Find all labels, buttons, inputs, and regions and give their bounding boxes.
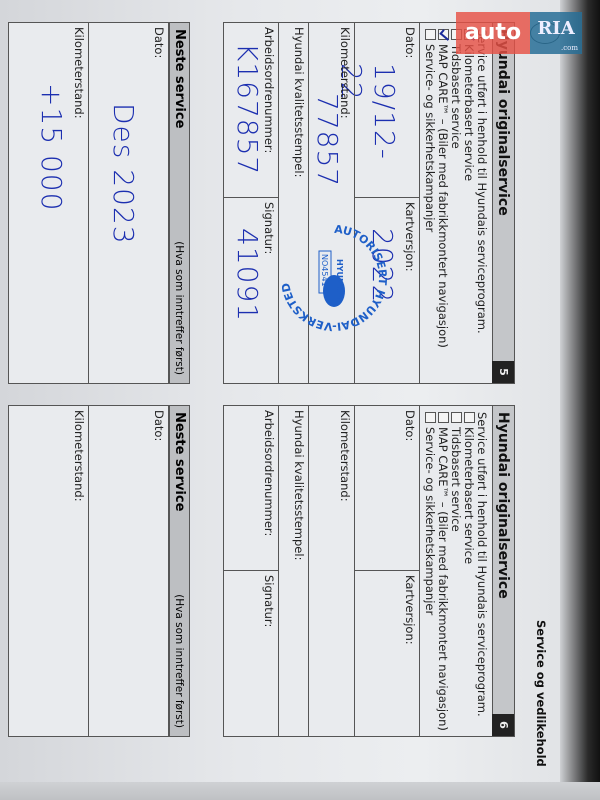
next-km-label: Kilometerstand: [72, 27, 86, 119]
next-date-value: Des 2023 [107, 103, 140, 245]
option-label: Service- og sikkerhetskampanjer [423, 44, 437, 232]
option-label: MAP CARE™ – (Biler med fabrikkmontert na… [436, 427, 450, 731]
form-title: Hyundai originalservice [495, 29, 511, 216]
date-label: Dato: [403, 27, 417, 58]
date-field[interactable]: Dato: [355, 406, 420, 571]
checkbox-mapcare[interactable] [438, 29, 449, 40]
date-field[interactable]: Dato: 19/12-22 [355, 23, 420, 198]
page-number: 5 [492, 361, 514, 383]
watermark-auto: auto [456, 12, 530, 54]
next-service-left: Neste service(Hva som inntreffer først) … [8, 22, 190, 384]
mileage-value: 77857 [311, 93, 344, 187]
next-service-note: (Hva som inntreffer først) [169, 241, 189, 375]
option-label: Service- og sikkerhetskampanjer [423, 427, 437, 615]
svg-text:NO4541: NO4541 [320, 254, 329, 287]
dealer-stamp: AUTORISERT HYUNDAI-VERKSTED HYUNDAI NO45… [269, 213, 399, 343]
service-form-right: Hyundai originalservice 6 Service utført… [223, 405, 515, 737]
map-version-label: Kartversjon: [403, 202, 417, 272]
next-service-title: Neste service [172, 412, 187, 511]
next-service-title: Neste service [172, 29, 187, 128]
watermark-suffix: .com [561, 44, 578, 53]
option-label: Tidsbasert service [449, 44, 463, 149]
date-label: Dato: [403, 410, 417, 441]
next-date-label: Dato: [152, 410, 166, 441]
section-title: Service og vedlikehold [534, 620, 548, 767]
form-header: Hyundai originalservice 5 [492, 23, 514, 383]
signature-label: Signatur: [262, 575, 276, 627]
service-options: Service utført i henhold til Hyundais se… [423, 29, 488, 348]
service-options: Service utført i henhold til Hyundais se… [423, 412, 488, 731]
stamp-label: Hyundai kvalitetsstempel: [292, 27, 306, 177]
next-service-header: Neste service(Hva som inntreffer først) [169, 406, 189, 736]
intro-text: Service utført i henhold til Hyundais se… [475, 29, 488, 348]
next-service-right: Neste service(Hva som inntreffer først) … [8, 405, 190, 737]
signature-value: 41091 [231, 228, 264, 322]
checkbox-km[interactable] [464, 412, 475, 423]
right-page: Service og vedlikehold Hyundai originals… [0, 400, 600, 800]
left-page: Hyundai originalservice 5 Service utført… [0, 0, 600, 400]
next-km-label: Kilometerstand: [72, 410, 86, 502]
next-date-field[interactable]: Dato: [89, 406, 169, 736]
checkbox-campaigns[interactable] [425, 29, 436, 40]
work-order-field[interactable]: Arbeidsordrenummer: K167857 [224, 23, 279, 198]
svg-text:HYUNDAI: HYUNDAI [335, 259, 344, 301]
map-version-field[interactable]: Kartversjon: [355, 571, 420, 736]
watermark-ria-text: RIA [537, 18, 574, 39]
next-service-header: Neste service(Hva som inntreffer først) [169, 23, 189, 383]
option-label: Kilometerbasert service [462, 427, 476, 564]
intro-text: Service utført i henhold til Hyundais se… [475, 412, 488, 731]
rotated-booklet: Hyundai originalservice 5 Service utført… [0, 0, 600, 800]
mileage-field[interactable]: Kilometerstand: [309, 406, 355, 736]
work-order-value: K167857 [231, 43, 264, 175]
page-number: 6 [492, 714, 514, 736]
quality-stamp-field: Hyundai kvalitetsstempel: [279, 406, 309, 736]
form-header: Hyundai originalservice 6 [492, 406, 514, 736]
work-order-label: Arbeidsordrenummer: [262, 410, 276, 536]
option-label: MAP CARE™ – (Biler med fabrikkmontert na… [436, 44, 450, 348]
checkbox-mapcare[interactable] [438, 412, 449, 423]
next-date-field[interactable]: Dato: Des 2023 [89, 23, 169, 383]
form-title: Hyundai originalservice [495, 412, 511, 599]
option-label: Tidsbasert service [449, 427, 463, 532]
next-service-note: (Hva som inntreffer først) [169, 594, 189, 728]
signature-field[interactable]: Signatur: [224, 571, 279, 736]
work-order-label: Arbeidsordrenummer: [262, 27, 276, 153]
next-date-label: Dato: [152, 27, 166, 58]
service-form-left: Hyundai originalservice 5 Service utført… [223, 22, 515, 384]
map-version-label: Kartversjon: [403, 575, 417, 645]
stamp-label: Hyundai kvalitetsstempel: [292, 410, 306, 560]
watermark-ria: RIA.com [530, 12, 582, 54]
checkbox-campaigns[interactable] [425, 412, 436, 423]
mileage-label: Kilometerstand: [338, 410, 352, 502]
next-km-field[interactable]: Kilometerstand: +15 000 [9, 23, 89, 383]
checkbox-time[interactable] [451, 412, 462, 423]
next-km-value: +15 000 [35, 83, 68, 211]
next-km-field[interactable]: Kilometerstand: [9, 406, 89, 736]
autoria-watermark: auto RIA.com [456, 12, 582, 54]
option-label: Kilometerbasert service [462, 44, 476, 181]
work-order-field[interactable]: Arbeidsordrenummer: [224, 406, 279, 571]
